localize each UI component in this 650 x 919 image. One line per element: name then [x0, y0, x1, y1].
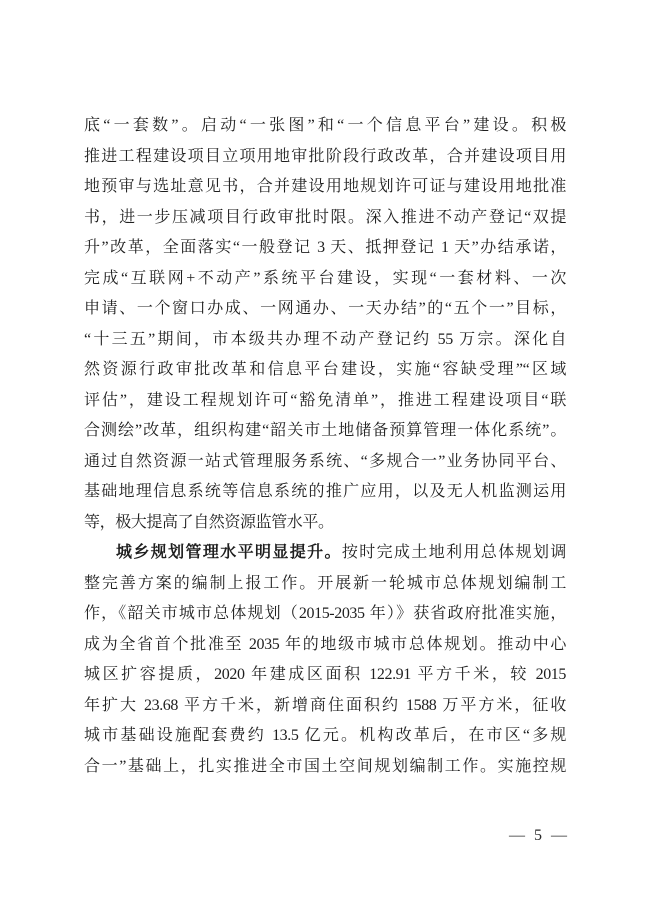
text-line: 底“一套数”。启动“一张图”和“一个信息平台”建设。积极 — [84, 111, 566, 142]
text-line: 推进工程建设项目立项用地审批阶段行政改革，合并建设项目用 — [84, 142, 566, 173]
document-page: 底“一套数”。启动“一张图”和“一个信息平台”建设。积极 推进工程建设项目立项用… — [0, 0, 650, 919]
text-line: 书，进一步压减项目行政审批时限。深入推进不动产登记“双提 — [84, 203, 566, 234]
text-line: 通过自然资源一站式管理服务系统、“多规合一”业务协同平台、 — [84, 447, 566, 478]
text-line-paragraph-start: 城乡规划管理水平明显提升。按时完成土地利用总体规划调 — [84, 538, 566, 569]
text-line: 申请、一个窗口办成、一网通办、一天办结”的“五个一”目标， — [84, 294, 566, 325]
text-line: 合测绘”改革，组织构建“韶关市土地储备预算管理一体化系统”。 — [84, 416, 566, 447]
paragraph-lead-rest: 按时完成土地利用总体规划调 — [342, 544, 566, 561]
text-line: 地预审与选址意见书，合并建设用地规划许可证与建设用地批准 — [84, 172, 566, 203]
paragraph-lead-bold: 城乡规划管理水平明显提升。 — [116, 544, 342, 561]
text-line: 基础地理信息系统等信息系统的推广应用，以及无人机监测运用 — [84, 477, 566, 508]
text-line: 完成“互联网+不动产”系统平台建设，实现“一套材料、一次 — [84, 264, 566, 295]
text-line: 评估”，建设工程规划许可“豁免清单”，推进工程建设项目“联 — [84, 386, 566, 417]
text-line: 年扩大 23.68 平方千米，新增商住面积约 1588 万平方米，征收 — [84, 691, 566, 722]
text-line: 城区扩容提质，2020 年建成区面积 122.91 平方千米，较 2015 — [84, 660, 566, 691]
page-number: — 5 — — [509, 826, 567, 846]
text-line: 合一”基础上，扎实推进全市国土空间规划编制工作。实施控规 — [84, 752, 566, 783]
document-body: 底“一套数”。启动“一张图”和“一个信息平台”建设。积极 推进工程建设项目立项用… — [84, 111, 566, 782]
text-line: 作，《韶关市城市总体规划（2015-2035 年）》获省政府批准实施， — [84, 599, 566, 630]
text-line: 整完善方案的编制上报工作。开展新一轮城市总体规划编制工 — [84, 569, 566, 600]
text-line: 等，极大提高了自然资源监管水平。 — [84, 508, 566, 539]
text-line: “十三五”期间，市本级共办理不动产登记约 55 万宗。深化自 — [84, 325, 566, 356]
text-line: 成为全省首个批准至 2035 年的地级市城市总体规划。推动中心 — [84, 630, 566, 661]
text-line: 城市基础设施配套费约 13.5 亿元。机构改革后，在市区“多规 — [84, 721, 566, 752]
text-line: 升”改革，全面落实“一般登记 3 天、抵押登记 1 天”办结承诺， — [84, 233, 566, 264]
text-line: 然资源行政审批改革和信息平台建设，实施“容缺受理”“区域 — [84, 355, 566, 386]
